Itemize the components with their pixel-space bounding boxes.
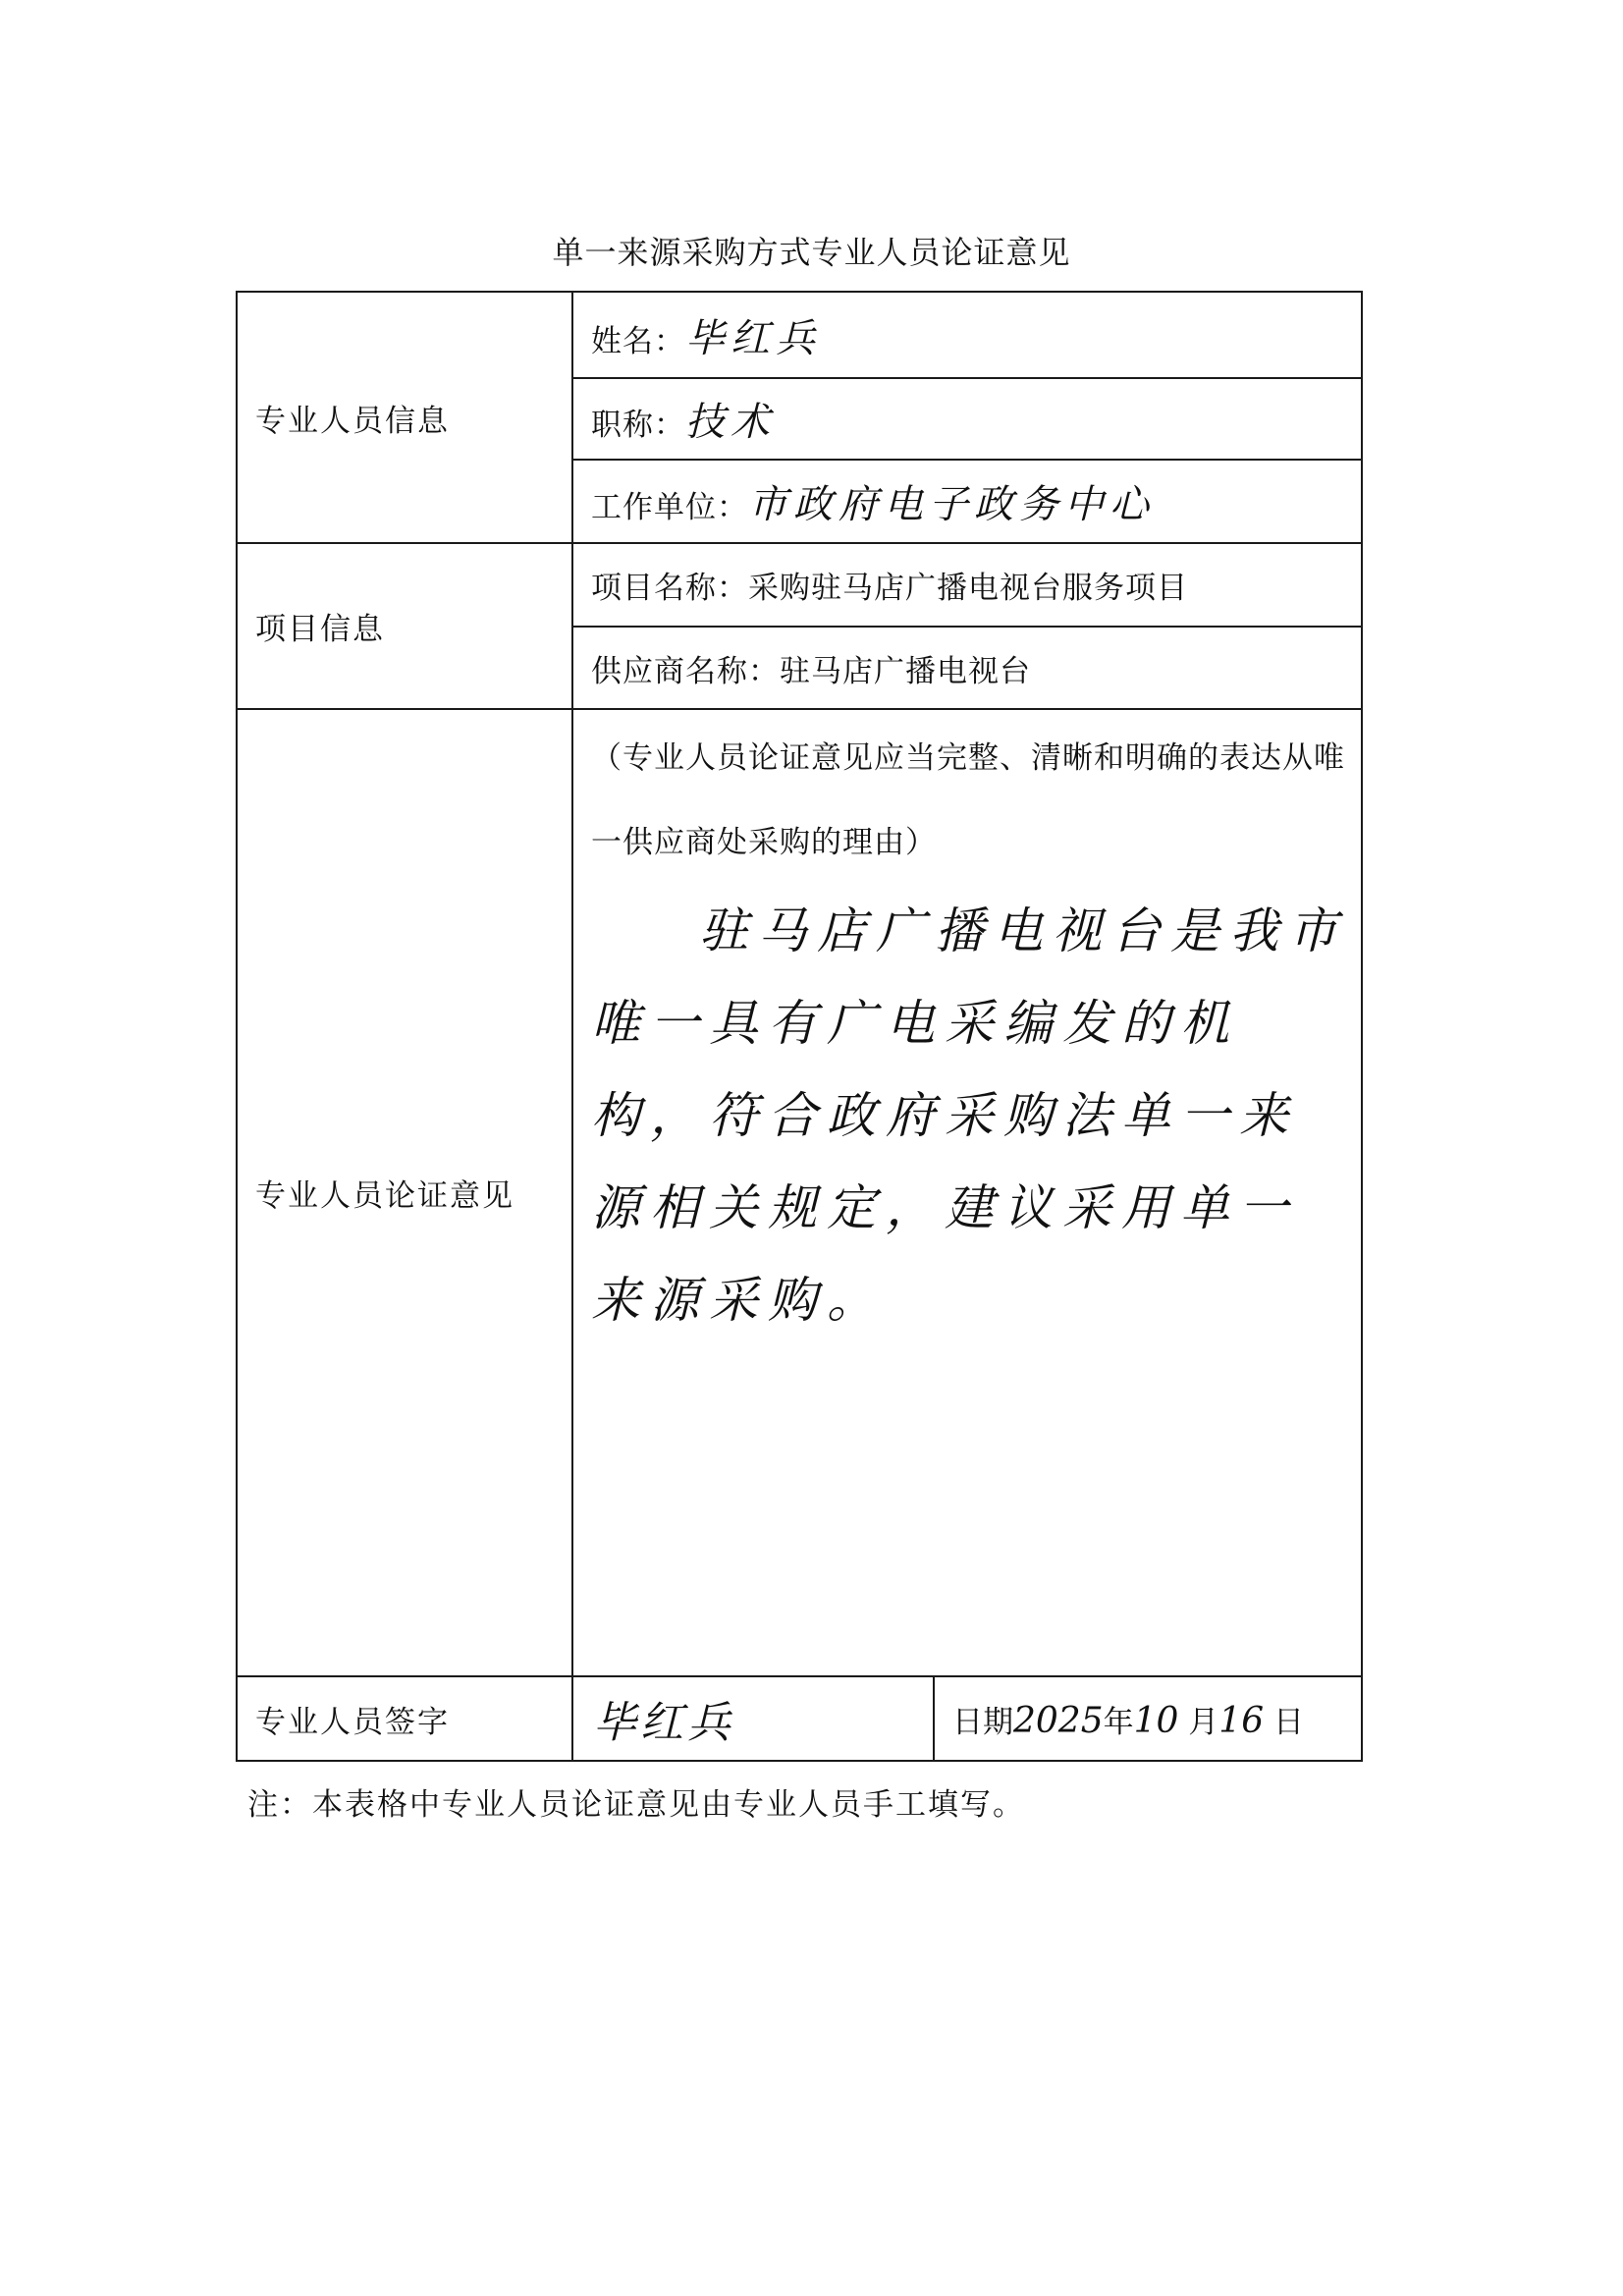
project-name-field: 项目名称：采购驻马店广播电视台服务项目 — [572, 543, 1362, 627]
project-info-label: 项目信息 — [237, 543, 572, 709]
argumentation-form-table: 专业人员信息 姓名：毕红兵 职称：技术 工作单位：市政府电子政务中心 项目信息 … — [236, 291, 1363, 1762]
name-label: 姓名： — [591, 324, 685, 359]
date-year: 2025 — [1013, 1701, 1104, 1741]
document-title: 单一来源采购方式专业人员论证意见 — [0, 228, 1623, 273]
row-project-name: 项目信息 项目名称：采购驻马店广播电视台服务项目 — [237, 543, 1362, 627]
row-signature: 专业人员签字 毕红兵 日期2025年10 月16 日 — [237, 1676, 1362, 1761]
supplier-field: 供应商名称：驻马店广播电视台 — [572, 627, 1362, 709]
title-value: 技术 — [685, 400, 776, 445]
employer-value: 市政府电子政务中心 — [748, 482, 1155, 527]
staff-info-label: 专业人员信息 — [237, 292, 572, 543]
name-value: 毕红兵 — [685, 316, 821, 361]
date-day-unit: 日 — [1273, 1705, 1304, 1740]
opinion-instruction: （专业人员论证意见应当完整、清晰和明确的表达从唯一供应商处采购的理由） — [573, 710, 1361, 885]
footer-note: 注：本表格中专业人员论证意见由专业人员手工填写。 — [247, 1779, 1025, 1824]
row-opinion: 专业人员论证意见 （专业人员论证意见应当完整、清晰和明确的表达从唯一供应商处采购… — [237, 709, 1362, 1676]
date-label: 日期 — [952, 1705, 1013, 1740]
date-month: 10 — [1134, 1701, 1179, 1741]
row-name: 专业人员信息 姓名：毕红兵 — [237, 292, 1362, 378]
date-cell: 日期2025年10 月16 日 — [934, 1676, 1362, 1761]
date-day: 16 — [1218, 1701, 1264, 1741]
signature-cell: 毕红兵 — [572, 1676, 934, 1761]
date-month-unit: 月 — [1188, 1705, 1218, 1740]
title-field: 职称：技术 — [572, 378, 1362, 460]
opinion-handwritten-text: 驻马店广播电视台是我市唯一具有广电采编发的机构，符合政府采购法单一来源相关规定，… — [573, 885, 1361, 1346]
signature-value: 毕红兵 — [593, 1698, 734, 1748]
employer-label: 工作单位： — [591, 490, 748, 525]
project-name-label: 项目名称： — [591, 571, 748, 606]
name-field: 姓名：毕红兵 — [572, 292, 1362, 378]
date-year-unit: 年 — [1104, 1705, 1134, 1740]
supplier-value: 驻马店广播电视台 — [780, 654, 1031, 689]
title-label: 职称： — [591, 408, 685, 443]
project-name-value: 采购驻马店广播电视台服务项目 — [748, 571, 1188, 606]
opinion-label: 专业人员论证意见 — [237, 709, 572, 1676]
supplier-label: 供应商名称： — [591, 654, 780, 689]
signature-label: 专业人员签字 — [237, 1676, 572, 1761]
opinion-cell: （专业人员论证意见应当完整、清晰和明确的表达从唯一供应商处采购的理由） 驻马店广… — [572, 709, 1362, 1676]
employer-field: 工作单位：市政府电子政务中心 — [572, 460, 1362, 543]
